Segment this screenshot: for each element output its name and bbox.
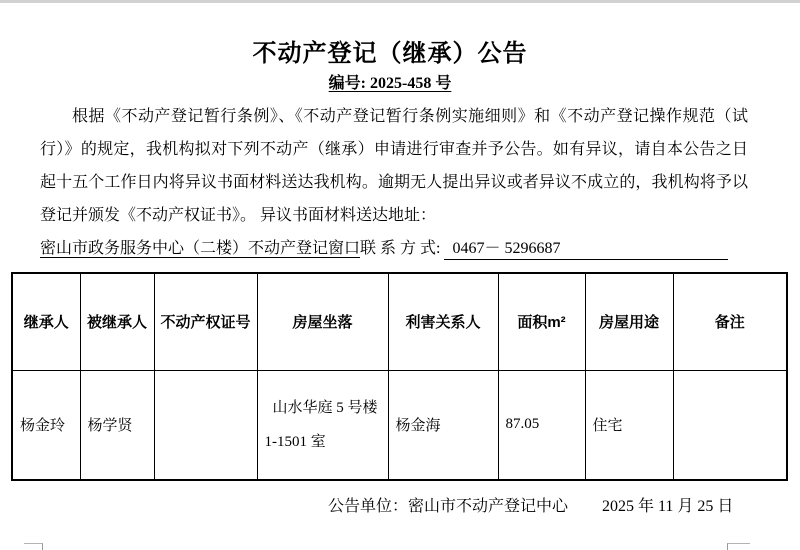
page-title: 不动产登记（继承）公告 [0,33,780,68]
margin-crop-mark-left [24,543,43,550]
table-header-row: 继承人 被继承人 不动产权证号 房屋坐落 利害关系人 面积m² 房屋用途 备注 [12,273,787,370]
announcing-unit: 公告单位：密山市不动产登记中心 [328,498,568,515]
header-interested-party: 利害关系人 [388,273,498,370]
notice-paragraph: 根据《不动产登记暂行条例》、《不动产登记暂行条例实施细则》和《不动产登记操作规范… [40,100,748,232]
header-house-use: 房屋用途 [585,273,673,370]
contact-phone: 0467－ 5296687 [444,238,728,260]
contact-line: 密山市政务服务中心（二楼）不动产登记窗口联 系 方 式: 0467－ 52966… [40,232,748,265]
header-house-location: 房屋坐落 [257,273,388,370]
cell-certificate-no [154,370,257,480]
cell-remark [673,370,787,480]
delivery-address: 密山市政务服务中心（二楼）不动产登记窗口 [40,240,360,258]
cell-house-use: 住宅 [585,370,673,480]
cell-house-location: 山水华庭 5 号楼 1-1501 室 [257,370,388,480]
cell-interested-party: 杨金海 [388,370,498,480]
notice-body: 根据《不动产登记暂行条例》、《不动产登记暂行条例实施细则》和《不动产登记操作规范… [40,100,748,265]
contact-label: 联 系 方 式: [360,240,444,257]
header-remark: 备注 [673,273,787,370]
cell-area: 87.05 [498,370,585,480]
table-row: 杨金玲 杨学贤 山水华庭 5 号楼 1-1501 室 杨金海 87.05 住宅 [12,370,787,480]
announcement-date: 2025 年 11 月 25 日 [602,498,733,515]
header-heir: 继承人 [12,273,80,370]
cell-heir: 杨金玲 [12,370,80,480]
cell-decedent: 杨学贤 [80,370,154,480]
header-decedent: 被继承人 [80,273,154,370]
inheritance-notice-table: 继承人 被继承人 不动产权证号 房屋坐落 利害关系人 面积m² 房屋用途 备注 … [11,272,788,481]
document-page: { "colors": { "text": "#000000", "table_… [0,0,800,550]
doc-number: 编号: 2025-458 号 [0,70,780,93]
margin-crop-mark-right [727,543,750,550]
window-top-edge [0,0,800,3]
footer-line: 公告单位：密山市不动产登记中心2025 年 11 月 25 日 [328,493,733,516]
header-area: 面积m² [498,273,585,370]
header-certificate-no: 不动产权证号 [154,273,257,370]
